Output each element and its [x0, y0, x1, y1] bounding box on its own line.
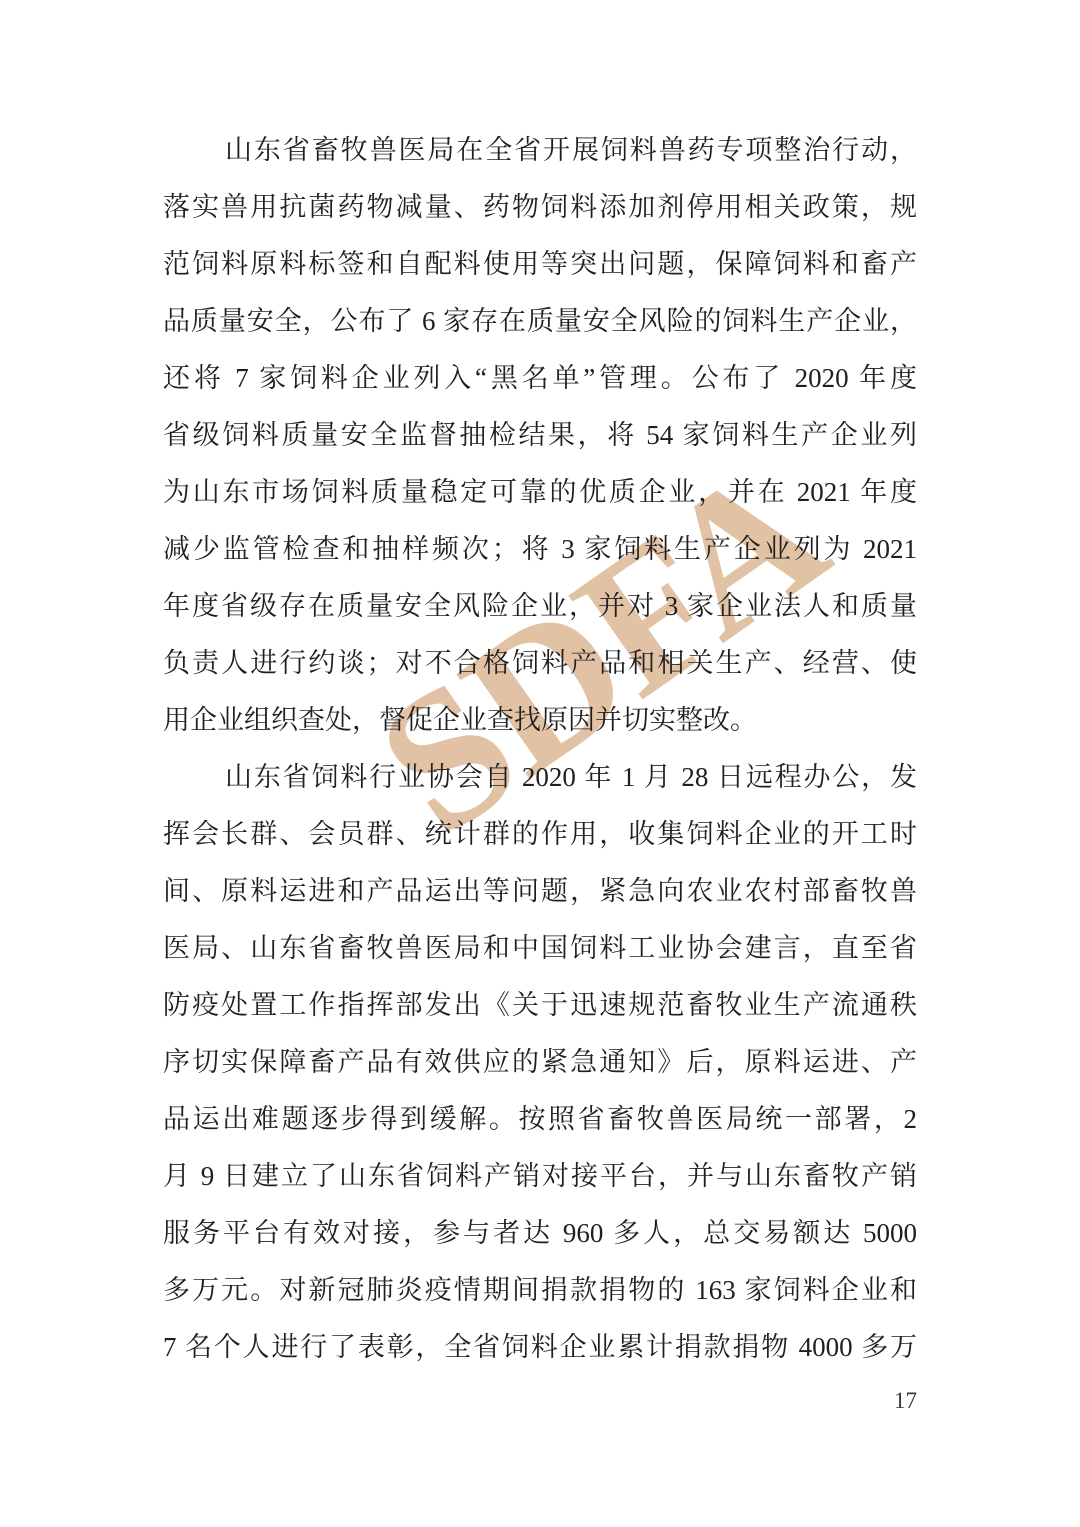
- text-line: 多万元。对新冠肺炎疫情期间捐款捐物的 163 家饲料企业和: [163, 1262, 917, 1319]
- paragraph-2: 山东省饲料行业协会自 2020 年 1 月 28 日远程办公，发 挥会长群、会员…: [163, 749, 917, 1376]
- document-body: 山东省畜牧兽医局在全省开展饲料兽药专项整治行动， 落实兽用抗菌药物减量、药物饲料…: [163, 122, 917, 1376]
- page-number: 17: [894, 1388, 917, 1414]
- text-line: 7 名个人进行了表彰，全省饲料企业累计捐款捐物 4000 多万: [163, 1319, 917, 1376]
- document-page: SDFA 山东省畜牧兽医局在全省开展饲料兽药专项整治行动， 落实兽用抗菌药物减量…: [0, 0, 1080, 1527]
- text-line: 负责人进行约谈；对不合格饲料产品和相关生产、经营、使: [163, 635, 917, 692]
- text-line: 还将 7 家饲料企业列入“黑名单”管理。公布了 2020 年度: [163, 350, 917, 407]
- text-line: 山东省饲料行业协会自 2020 年 1 月 28 日远程办公，发: [163, 749, 917, 806]
- paragraph-1: 山东省畜牧兽医局在全省开展饲料兽药专项整治行动， 落实兽用抗菌药物减量、药物饲料…: [163, 122, 917, 749]
- text-line: 月 9 日建立了山东省饲料产销对接平台，并与山东畜牧产销: [163, 1148, 917, 1205]
- text-line: 省级饲料质量安全监督抽检结果，将 54 家饲料生产企业列: [163, 407, 917, 464]
- text-line: 减少监管检查和抽样频次；将 3 家饲料生产企业列为 2021: [163, 521, 917, 578]
- text-line: 服务平台有效对接，参与者达 960 多人，总交易额达 5000: [163, 1205, 917, 1262]
- text-line: 落实兽用抗菌药物减量、药物饲料添加剂停用相关政策，规: [163, 179, 917, 236]
- text-line: 年度省级存在质量安全风险企业，并对 3 家企业法人和质量: [163, 578, 917, 635]
- text-line: 挥会长群、会员群、统计群的作用，收集饲料企业的开工时: [163, 806, 917, 863]
- text-line: 序切实保障畜产品有效供应的紧急通知》后，原料运进、产: [163, 1034, 917, 1091]
- text-line: 间、原料运进和产品运出等问题，紧急向农业农村部畜牧兽: [163, 863, 917, 920]
- text-line: 山东省畜牧兽医局在全省开展饲料兽药专项整治行动，: [163, 122, 917, 179]
- text-line: 用企业组织查处，督促企业查找原因并切实整改。: [163, 692, 917, 749]
- text-line: 医局、山东省畜牧兽医局和中国饲料工业协会建言，直至省: [163, 920, 917, 977]
- text-line: 品质量安全，公布了 6 家存在质量安全风险的饲料生产企业，: [163, 293, 917, 350]
- text-line: 品运出难题逐步得到缓解。按照省畜牧兽医局统一部署，2: [163, 1091, 917, 1148]
- text-line: 防疫处置工作指挥部发出《关于迅速规范畜牧业生产流通秩: [163, 977, 917, 1034]
- text-line: 范饲料原料标签和自配料使用等突出问题，保障饲料和畜产: [163, 236, 917, 293]
- text-line: 为山东市场饲料质量稳定可靠的优质企业，并在 2021 年度: [163, 464, 917, 521]
